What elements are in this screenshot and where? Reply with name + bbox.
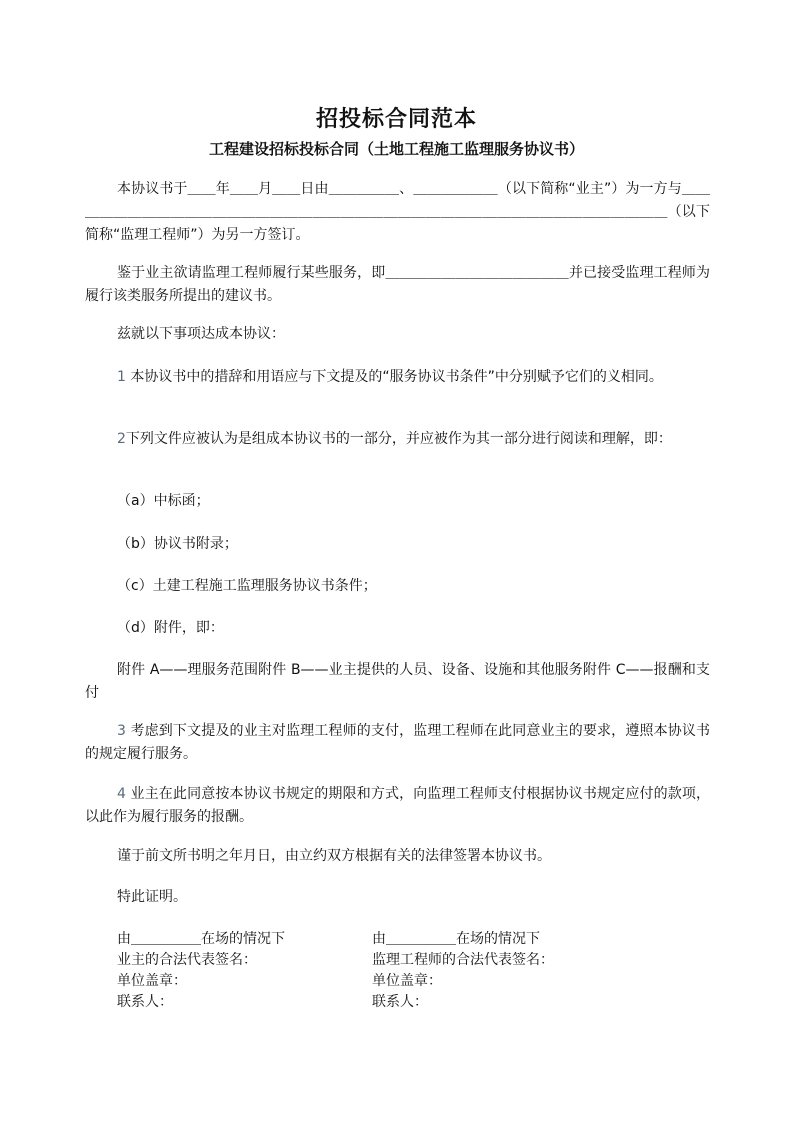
closing-paragraph: 谨于前文所书明之年月日，由立约双方根据有关的法律签署本协议书。 bbox=[85, 845, 710, 868]
clause-text: 本协议书中的措辞和用语应与下文提及的“服务协议书条件”中分别赋予它们的义相同。 bbox=[130, 369, 663, 385]
document-title: 招投标合同范本 bbox=[0, 102, 793, 133]
clause-1: 1 本协议书中的措辞和用语应与下文提及的“服务协议书条件”中分别赋予它们的义相同… bbox=[85, 366, 710, 389]
clause-number: 3 bbox=[117, 723, 126, 739]
clause-number: 4 bbox=[117, 786, 126, 802]
seal-line: 单位盖章： bbox=[372, 971, 554, 992]
witness-line: 由＿＿＿＿＿在场的情况下 bbox=[372, 929, 554, 950]
signature-block-owner: 由＿＿＿＿＿在场的情况下 业主的合法代表签名： 单位盖章： 联系人： bbox=[117, 929, 285, 1013]
list-item: （c）土建工程施工监理服务协议书条件； bbox=[117, 575, 377, 598]
clause-number: 1 bbox=[117, 369, 126, 385]
list-item: （a）中标函； bbox=[117, 490, 210, 513]
clause-number: 2 bbox=[117, 431, 126, 447]
list-item: （d）附件，即： bbox=[117, 617, 224, 640]
clause-2: 2下列文件应被认为是组成本协议书的一部分，并应被作为其一部分进行阅读和理解，即： bbox=[85, 428, 710, 451]
owner-signature-line: 业主的合法代表签名： bbox=[117, 950, 285, 971]
whereas-paragraph: 鉴于业主欲请监理工程师履行某些服务，即＿＿＿＿＿＿＿＿＿＿＿＿＿并已接受监理工程… bbox=[85, 262, 710, 308]
document-subtitle: 工程建设招标投标合同（土地工程施工监理服务协议书） bbox=[0, 138, 793, 159]
seal-line: 单位盖章： bbox=[117, 971, 285, 992]
intro-paragraph: 本协议书于＿＿年＿＿月＿＿日由＿＿＿＿＿、＿＿＿＿＿＿（以下简称“业主”）为一方… bbox=[85, 178, 710, 247]
witness-line: 由＿＿＿＿＿在场的情况下 bbox=[117, 929, 285, 950]
document-page: 招投标合同范本 工程建设招标投标合同（土地工程施工监理服务协议书） 本协议书于＿… bbox=[0, 0, 793, 1122]
signature-block-engineer: 由＿＿＿＿＿在场的情况下 监理工程师的合法代表签名： 单位盖章： 联系人： bbox=[372, 929, 554, 1013]
clause-text: 业主在此同意按本协议书规定的期限和方式，向监理工程师支付根据协议书规定应付的款项… bbox=[85, 786, 710, 825]
annex-paragraph: 附件 A——理服务范围附件 B——业主提供的人员、设备、设施和其他服务附件 C—… bbox=[85, 659, 710, 705]
list-item: （b）协议书附录； bbox=[117, 533, 238, 556]
clause-3: 3 考虑到下文提及的业主对监理工程师的支付，监理工程师在此同意业主的要求，遵照本… bbox=[85, 720, 710, 766]
agreement-intro: 兹就以下事项达成本协议： bbox=[85, 323, 710, 346]
contact-line: 联系人： bbox=[117, 992, 285, 1013]
clause-text: 下列文件应被认为是组成本协议书的一部分，并应被作为其一部分进行阅读和理解，即： bbox=[126, 431, 672, 447]
clause-text: 考虑到下文提及的业主对监理工程师的支付，监理工程师在此同意业主的要求，遵照本协议… bbox=[85, 723, 710, 762]
engineer-signature-line: 监理工程师的合法代表签名： bbox=[372, 950, 554, 971]
certify-paragraph: 特此证明。 bbox=[85, 886, 710, 909]
contact-line: 联系人： bbox=[372, 992, 554, 1013]
clause-4: 4 业主在此同意按本协议书规定的期限和方式，向监理工程师支付根据协议书规定应付的… bbox=[85, 783, 710, 829]
